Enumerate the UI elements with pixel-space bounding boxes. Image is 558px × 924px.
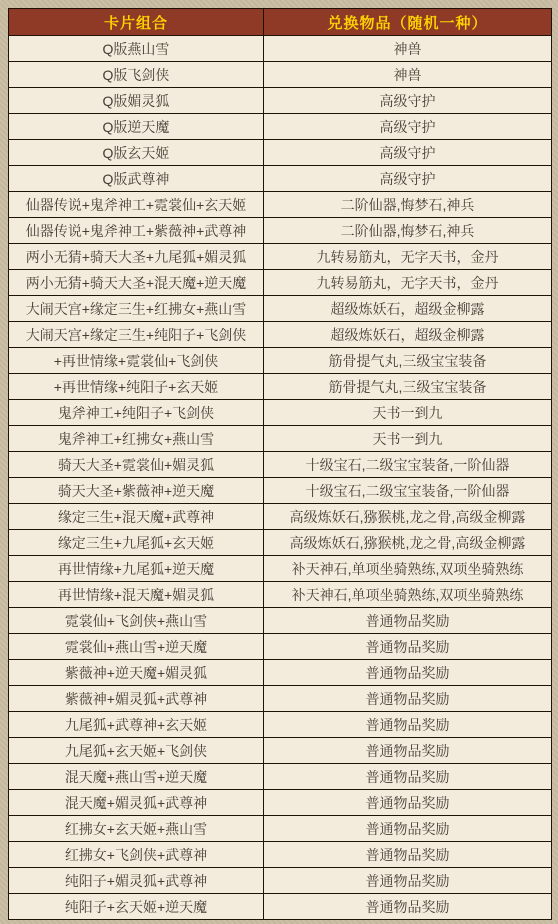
table-row: 混天魔+媚灵狐+武尊神普通物品奖励 [9, 790, 552, 816]
combo-cell: Q版媚灵狐 [9, 88, 264, 114]
card-exchange-table: 卡片组合 兑换物品（随机一种） Q版燕山雪神兽Q版飞剑侠神兽Q版媚灵狐高级守护Q… [8, 8, 552, 920]
combo-cell: 两小无猜+骑天大圣+九尾狐+媚灵狐 [9, 244, 264, 270]
reward-cell: 九转易筋丸，无字天书，金丹 [264, 270, 552, 296]
combo-cell: 霓裳仙+飞剑侠+燕山雪 [9, 608, 264, 634]
combo-cell: 仙器传说+鬼斧神工+紫薇神+武尊神 [9, 218, 264, 244]
reward-cell: 普通物品奖励 [264, 660, 552, 686]
table-row: 再世情缘+混天魔+媚灵狐补天神石,单项坐骑熟练,双项坐骑熟练 [9, 582, 552, 608]
combo-cell: 混天魔+燕山雪+逆天魔 [9, 764, 264, 790]
table-row: 九尾狐+玄天姬+飞剑侠普通物品奖励 [9, 738, 552, 764]
reward-cell: 普通物品奖励 [264, 712, 552, 738]
table-row: 骑天大圣+霓裳仙+媚灵狐十级宝石,二级宝宝装备,一阶仙器 [9, 452, 552, 478]
table-row: 霓裳仙+飞剑侠+燕山雪普通物品奖励 [9, 608, 552, 634]
combo-cell: 纯阳子+媚灵狐+武尊神 [9, 868, 264, 894]
table-row: 缘定三生+混天魔+武尊神高级炼妖石,猕猴桃,龙之骨,高级金柳露 [9, 504, 552, 530]
column-header-exchange-item: 兑换物品（随机一种） [264, 9, 552, 36]
table-row: 红拂女+玄天姬+燕山雪普通物品奖励 [9, 816, 552, 842]
table-row: Q版逆天魔高级守护 [9, 114, 552, 140]
table-row: 仙器传说+鬼斧神工+紫薇神+武尊神二阶仙器,悔梦石,神兵 [9, 218, 552, 244]
reward-cell: 二阶仙器,悔梦石,神兵 [264, 218, 552, 244]
combo-cell: 紫薇神+逆天魔+媚灵狐 [9, 660, 264, 686]
combo-cell: 鬼斧神工+纯阳子+飞剑侠 [9, 400, 264, 426]
table-row: +再世情缘+纯阳子+玄天姬筋骨提气丸,三级宝宝装备 [9, 374, 552, 400]
combo-cell: 两小无猜+骑天大圣+混天魔+逆天魔 [9, 270, 264, 296]
table-row: 混天魔+燕山雪+逆天魔普通物品奖励 [9, 764, 552, 790]
reward-cell: 普通物品奖励 [264, 738, 552, 764]
combo-cell: 仙器传说+鬼斧神工+霓裳仙+玄天姬 [9, 192, 264, 218]
combo-cell: +再世情缘+霓裳仙+飞剑侠 [9, 348, 264, 374]
table-row: 九尾狐+武尊神+玄天姬普通物品奖励 [9, 712, 552, 738]
reward-cell: 普通物品奖励 [264, 608, 552, 634]
combo-cell: 再世情缘+混天魔+媚灵狐 [9, 582, 264, 608]
table-row: 两小无猜+骑天大圣+混天魔+逆天魔九转易筋丸，无字天书，金丹 [9, 270, 552, 296]
table-row: Q版武尊神高级守护 [9, 166, 552, 192]
table-row: 纯阳子+玄天姬+逆天魔普通物品奖励 [9, 894, 552, 920]
combo-cell: +再世情缘+纯阳子+玄天姬 [9, 374, 264, 400]
reward-cell: 高级炼妖石,猕猴桃,龙之骨,高级金柳露 [264, 504, 552, 530]
table-row: 缘定三生+九尾狐+玄天姬高级炼妖石,猕猴桃,龙之骨,高级金柳露 [9, 530, 552, 556]
reward-cell: 高级守护 [264, 88, 552, 114]
table-row: 再世情缘+九尾狐+逆天魔补天神石,单项坐骑熟练,双项坐骑熟练 [9, 556, 552, 582]
table-body: Q版燕山雪神兽Q版飞剑侠神兽Q版媚灵狐高级守护Q版逆天魔高级守护Q版玄天姬高级守… [9, 36, 552, 920]
table-row: 红拂女+飞剑侠+武尊神普通物品奖励 [9, 842, 552, 868]
column-header-card-combo: 卡片组合 [9, 9, 264, 36]
reward-cell: 天书一到九 [264, 426, 552, 452]
table-header-row: 卡片组合 兑换物品（随机一种） [9, 9, 552, 36]
table-row: 两小无猜+骑天大圣+九尾狐+媚灵狐九转易筋丸，无字天书，金丹 [9, 244, 552, 270]
reward-cell: 高级守护 [264, 114, 552, 140]
combo-cell: 大闹天宫+缘定三生+红拂女+燕山雪 [9, 296, 264, 322]
reward-cell: 普通物品奖励 [264, 686, 552, 712]
reward-cell: 超级炼妖石，超级金柳露 [264, 322, 552, 348]
combo-cell: 缘定三生+九尾狐+玄天姬 [9, 530, 264, 556]
page-background: { "page": { "background_color": "#c9bda2… [0, 0, 558, 924]
reward-cell: 普通物品奖励 [264, 764, 552, 790]
table-row: 霓裳仙+燕山雪+逆天魔普通物品奖励 [9, 634, 552, 660]
table-row: 鬼斧神工+纯阳子+飞剑侠天书一到九 [9, 400, 552, 426]
combo-cell: 纯阳子+玄天姬+逆天魔 [9, 894, 264, 920]
combo-cell: 混天魔+媚灵狐+武尊神 [9, 790, 264, 816]
reward-cell: 九转易筋丸，无字天书，金丹 [264, 244, 552, 270]
reward-cell: 高级守护 [264, 166, 552, 192]
table-row: Q版玄天姬高级守护 [9, 140, 552, 166]
reward-cell: 高级炼妖石,猕猴桃,龙之骨,高级金柳露 [264, 530, 552, 556]
reward-cell: 普通物品奖励 [264, 894, 552, 920]
reward-cell: 二阶仙器,悔梦石,神兵 [264, 192, 552, 218]
combo-cell: Q版武尊神 [9, 166, 264, 192]
reward-cell: 高级守护 [264, 140, 552, 166]
combo-cell: 九尾狐+玄天姬+飞剑侠 [9, 738, 264, 764]
table-row: Q版飞剑侠神兽 [9, 62, 552, 88]
combo-cell: 骑天大圣+紫薇神+逆天魔 [9, 478, 264, 504]
reward-cell: 普通物品奖励 [264, 634, 552, 660]
reward-cell: 普通物品奖励 [264, 790, 552, 816]
table-row: 大闹天宫+缘定三生+红拂女+燕山雪超级炼妖石，超级金柳露 [9, 296, 552, 322]
reward-cell: 普通物品奖励 [264, 842, 552, 868]
table-row: Q版媚灵狐高级守护 [9, 88, 552, 114]
combo-cell: 大闹天宫+缘定三生+纯阳子+飞剑侠 [9, 322, 264, 348]
table-row: 纯阳子+媚灵狐+武尊神普通物品奖励 [9, 868, 552, 894]
combo-cell: 骑天大圣+霓裳仙+媚灵狐 [9, 452, 264, 478]
combo-cell: 霓裳仙+燕山雪+逆天魔 [9, 634, 264, 660]
combo-cell: Q版逆天魔 [9, 114, 264, 140]
table-row: 仙器传说+鬼斧神工+霓裳仙+玄天姬二阶仙器,悔梦石,神兵 [9, 192, 552, 218]
reward-cell: 天书一到九 [264, 400, 552, 426]
combo-cell: Q版燕山雪 [9, 36, 264, 62]
reward-cell: 超级炼妖石，超级金柳露 [264, 296, 552, 322]
reward-cell: 十级宝石,二级宝宝装备,一阶仙器 [264, 452, 552, 478]
table-row: +再世情缘+霓裳仙+飞剑侠筋骨提气丸,三级宝宝装备 [9, 348, 552, 374]
combo-cell: 鬼斧神工+红拂女+燕山雪 [9, 426, 264, 452]
reward-cell: 神兽 [264, 36, 552, 62]
table-row: 紫薇神+逆天魔+媚灵狐普通物品奖励 [9, 660, 552, 686]
reward-cell: 普通物品奖励 [264, 816, 552, 842]
reward-cell: 筋骨提气丸,三级宝宝装备 [264, 374, 552, 400]
combo-cell: 九尾狐+武尊神+玄天姬 [9, 712, 264, 738]
combo-cell: 再世情缘+九尾狐+逆天魔 [9, 556, 264, 582]
combo-cell: Q版飞剑侠 [9, 62, 264, 88]
table-row: 鬼斧神工+红拂女+燕山雪天书一到九 [9, 426, 552, 452]
reward-cell: 普通物品奖励 [264, 868, 552, 894]
reward-cell: 十级宝石,二级宝宝装备,一阶仙器 [264, 478, 552, 504]
reward-cell: 补天神石,单项坐骑熟练,双项坐骑熟练 [264, 556, 552, 582]
combo-cell: 红拂女+飞剑侠+武尊神 [9, 842, 264, 868]
combo-cell: 紫薇神+媚灵狐+武尊神 [9, 686, 264, 712]
table-row: 大闹天宫+缘定三生+纯阳子+飞剑侠超级炼妖石，超级金柳露 [9, 322, 552, 348]
table-row: Q版燕山雪神兽 [9, 36, 552, 62]
combo-cell: Q版玄天姬 [9, 140, 264, 166]
reward-cell: 筋骨提气丸,三级宝宝装备 [264, 348, 552, 374]
table-row: 骑天大圣+紫薇神+逆天魔十级宝石,二级宝宝装备,一阶仙器 [9, 478, 552, 504]
combo-cell: 缘定三生+混天魔+武尊神 [9, 504, 264, 530]
reward-cell: 补天神石,单项坐骑熟练,双项坐骑熟练 [264, 582, 552, 608]
reward-cell: 神兽 [264, 62, 552, 88]
combo-cell: 红拂女+玄天姬+燕山雪 [9, 816, 264, 842]
card-exchange-table-container: 卡片组合 兑换物品（随机一种） Q版燕山雪神兽Q版飞剑侠神兽Q版媚灵狐高级守护Q… [8, 8, 552, 920]
table-row: 紫薇神+媚灵狐+武尊神普通物品奖励 [9, 686, 552, 712]
